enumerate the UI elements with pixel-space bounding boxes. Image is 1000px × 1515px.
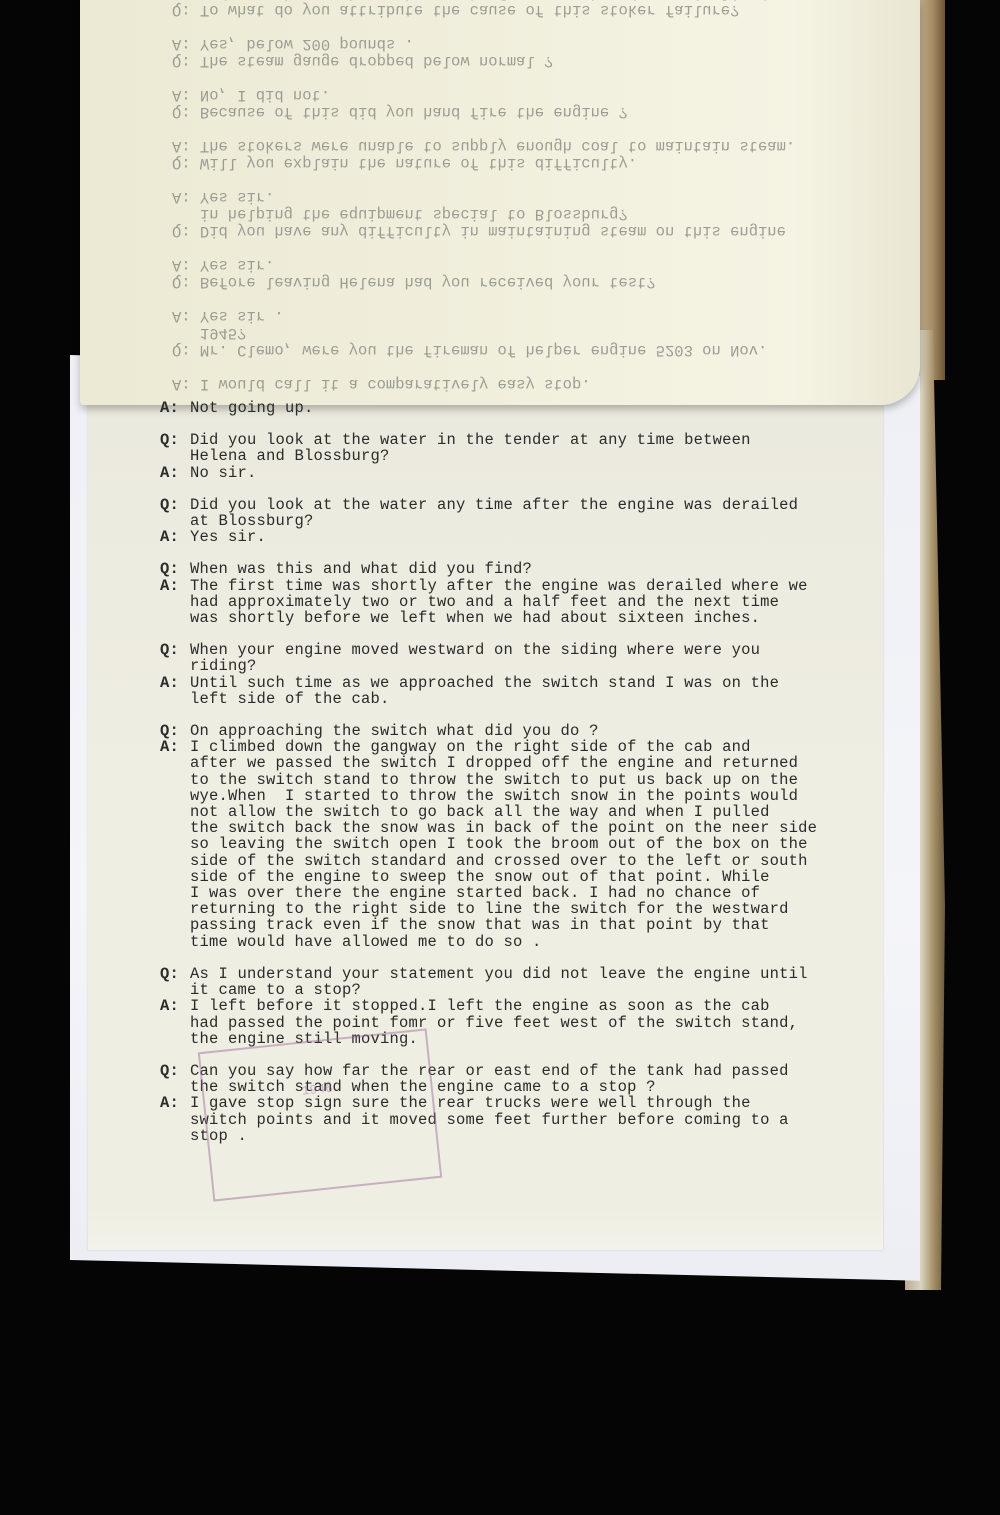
entry-label: Q: bbox=[160, 642, 190, 674]
entry-text: Did you look at the water in the tender … bbox=[190, 432, 860, 464]
entry-text: Not going up. bbox=[190, 400, 860, 416]
entry-text: Did you look at the water any time after… bbox=[190, 497, 860, 529]
entry-label: Q: bbox=[160, 561, 190, 577]
answer-entry: A:I climbed down the gangway on the righ… bbox=[160, 739, 860, 950]
question-entry: Q:As I understand your statement you did… bbox=[160, 966, 860, 998]
entry-label: Q: bbox=[160, 432, 190, 464]
entry-label: A: bbox=[160, 578, 190, 627]
answer-entry: A:Until such time as we approached the s… bbox=[160, 675, 860, 707]
entry-text: Until such time as we approached the swi… bbox=[190, 675, 860, 707]
entry-label: Q: bbox=[160, 497, 190, 529]
entry-label: A: bbox=[160, 1095, 190, 1144]
entry-label: A: bbox=[160, 400, 190, 416]
answer-entry: A:The first time was shortly after the e… bbox=[160, 578, 860, 627]
entry-text: Yes sir. bbox=[190, 529, 860, 545]
reversed-line bbox=[172, 18, 912, 35]
received-stamp: 1946 bbox=[198, 1028, 442, 1201]
reversed-line: Q: Because of this did you hand fire the… bbox=[172, 103, 912, 120]
question-entry: Q:When was this and what did you find? bbox=[160, 561, 860, 577]
question-entry: Q:Did you look at the water any time aft… bbox=[160, 497, 860, 529]
reversed-line: Q: To what do you attribute the cause of… bbox=[172, 1, 912, 18]
reversed-line bbox=[172, 290, 912, 307]
entry-label: Q: bbox=[160, 1063, 190, 1095]
question-entry: Q:On approaching the switch what did you… bbox=[160, 723, 860, 739]
entry-label: A: bbox=[160, 998, 190, 1047]
reversed-line: A: I would call it a comparatively easy … bbox=[172, 375, 912, 392]
entry-label: A: bbox=[160, 675, 190, 707]
reversed-line bbox=[172, 120, 912, 137]
entry-label: Q: bbox=[160, 966, 190, 998]
entry-text: When your engine moved westward on the s… bbox=[190, 642, 860, 674]
reversed-line: Q: Will you explain the nature of this d… bbox=[172, 154, 912, 171]
reversed-line: in helping the equipment special to Blos… bbox=[172, 205, 912, 222]
reversed-line: Q: Before leaving Helena had you receive… bbox=[172, 273, 912, 290]
reversed-line: Q: Did you have any difficulty in mainta… bbox=[172, 222, 912, 239]
folded-page-reverse: A: I would call it a comparatively easy … bbox=[80, 0, 920, 405]
answer-entry: A:Yes sir. bbox=[160, 529, 860, 545]
reversed-line: A: Yes sir. bbox=[172, 188, 912, 205]
question-entry: Q:When your engine moved westward on the… bbox=[160, 642, 860, 674]
reversed-line: A: The stokers were unable to supply eno… bbox=[172, 137, 912, 154]
entry-text: No sir. bbox=[190, 465, 860, 481]
entry-text: As I understand your statement you did n… bbox=[190, 966, 860, 998]
reversed-line: A: I do not know, the stoker works fast … bbox=[172, 0, 912, 1]
entry-label: A: bbox=[160, 465, 190, 481]
reversed-line bbox=[172, 171, 912, 188]
answer-entry: A:I left before it stopped.I left the en… bbox=[160, 998, 860, 1047]
reversed-text: A: I would call it a comparatively easy … bbox=[172, 0, 912, 392]
reversed-line: Q: Mr. Clemo, were you the fireman of he… bbox=[172, 341, 912, 358]
entry-text: I climbed down the gangway on the right … bbox=[190, 739, 860, 950]
entry-text: When was this and what did you find? bbox=[190, 561, 860, 577]
reversed-line: A: Yes sir . bbox=[172, 307, 912, 324]
entry-text: The first time was shortly after the eng… bbox=[190, 578, 860, 627]
entry-text: I left before it stopped.I left the engi… bbox=[190, 998, 860, 1047]
reversed-line: Q: The steam gauge dropped below normal … bbox=[172, 52, 912, 69]
reversed-line bbox=[172, 69, 912, 86]
reversed-line bbox=[172, 358, 912, 375]
answer-entry: A:No sir. bbox=[160, 465, 860, 481]
entry-label: A: bbox=[160, 529, 190, 545]
reversed-line: A: No, I did not. bbox=[172, 86, 912, 103]
reversed-line: 1945? bbox=[172, 324, 912, 341]
entry-label: Q: bbox=[160, 723, 190, 739]
stamp-text: 1946 bbox=[301, 1081, 334, 1099]
answer-entry: A:Not going up. bbox=[160, 400, 860, 416]
entry-text: On approaching the switch what did you d… bbox=[190, 723, 860, 739]
question-entry: Q:Did you look at the water in the tende… bbox=[160, 432, 860, 464]
reversed-line: A: Yes sir. bbox=[172, 256, 912, 273]
reversed-line bbox=[172, 239, 912, 256]
reversed-line: A: Yes, below 200 pounds . bbox=[172, 35, 912, 52]
entry-label: A: bbox=[160, 739, 190, 950]
